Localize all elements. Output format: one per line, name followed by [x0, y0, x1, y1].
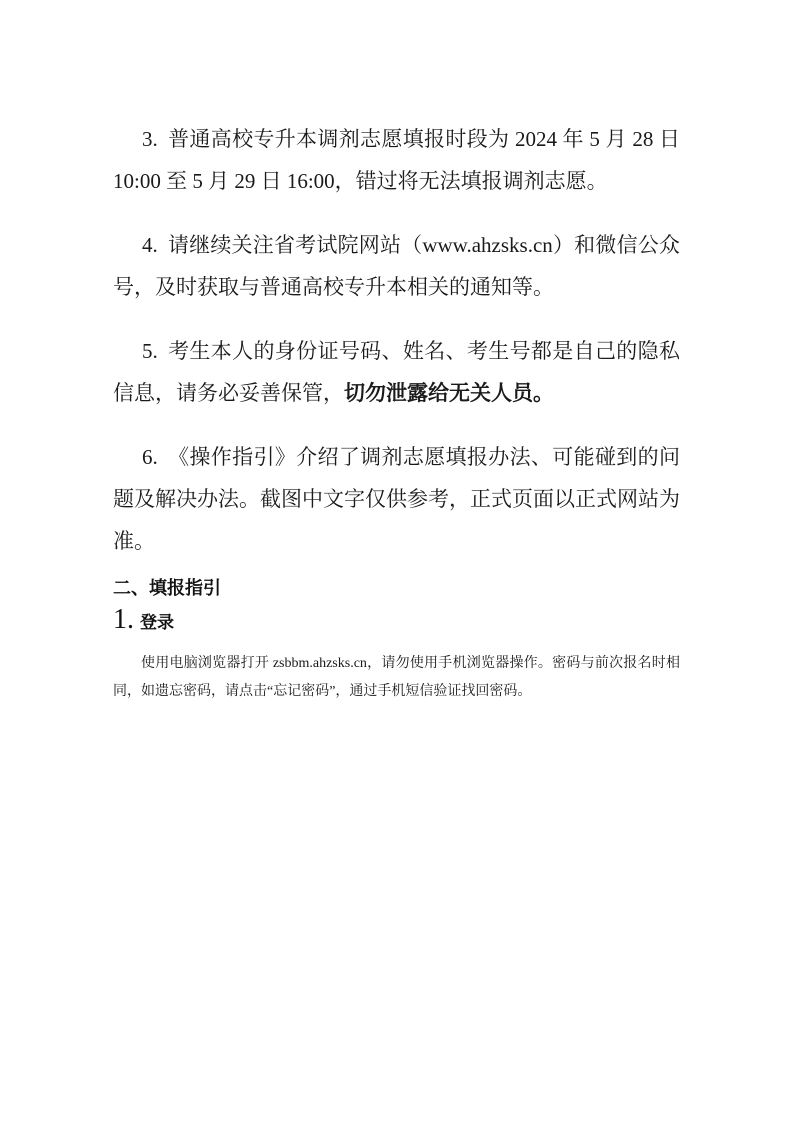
section-heading-filling-guide: 二、填报指引: [113, 576, 680, 600]
paragraph-4-number: 4.: [142, 233, 158, 257]
paragraph-3: 3.普通高校专升本调剂志愿填报时段为 2024 年 5 月 28 日 10:00…: [113, 118, 680, 203]
paragraph-5-bold-text: 切勿泄露给无关人员。: [344, 382, 554, 405]
login-note-paragraph: 使用电脑浏览器打开 zsbbm.ahzsks.cn，请勿使用手机浏览器操作。密码…: [113, 650, 680, 706]
paragraph-5: 5.考生本人的身份证号码、姓名、考生号都是自己的隐私信息，请务必妥善保管，切勿泄…: [113, 330, 680, 415]
paragraph-4: 4.请继续关注省考试院网站（www.ahzsks.cn）和微信公众号，及时获取与…: [113, 224, 680, 309]
login-heading: 1.登录: [113, 605, 680, 638]
paragraph-6-number: 6.: [142, 445, 158, 469]
login-heading-number: 1.: [113, 604, 134, 635]
login-heading-label: 登录: [140, 613, 174, 632]
paragraph-6: 6.《操作指引》介绍了调剂志愿填报办法、可能碰到的问题及解决办法。截图中文字仅供…: [113, 436, 680, 563]
paragraph-3-number: 3.: [142, 127, 158, 151]
paragraph-4-text: 请继续关注省考试院网站（www.ahzsks.cn）和微信公众号，及时获取与普通…: [113, 233, 680, 299]
document-body: 3.普通高校专升本调剂志愿填报时段为 2024 年 5 月 28 日 10:00…: [113, 0, 680, 706]
paragraph-3-text: 普通高校专升本调剂志愿填报时段为 2024 年 5 月 28 日 10:00 至…: [113, 127, 680, 193]
document-page: 3.普通高校专升本调剂志愿填报时段为 2024 年 5 月 28 日 10:00…: [0, 0, 793, 1122]
paragraph-5-number: 5.: [142, 339, 158, 363]
paragraph-6-text: 《操作指引》介绍了调剂志愿填报办法、可能碰到的问题及解决办法。截图中文字仅供参考…: [113, 445, 680, 553]
